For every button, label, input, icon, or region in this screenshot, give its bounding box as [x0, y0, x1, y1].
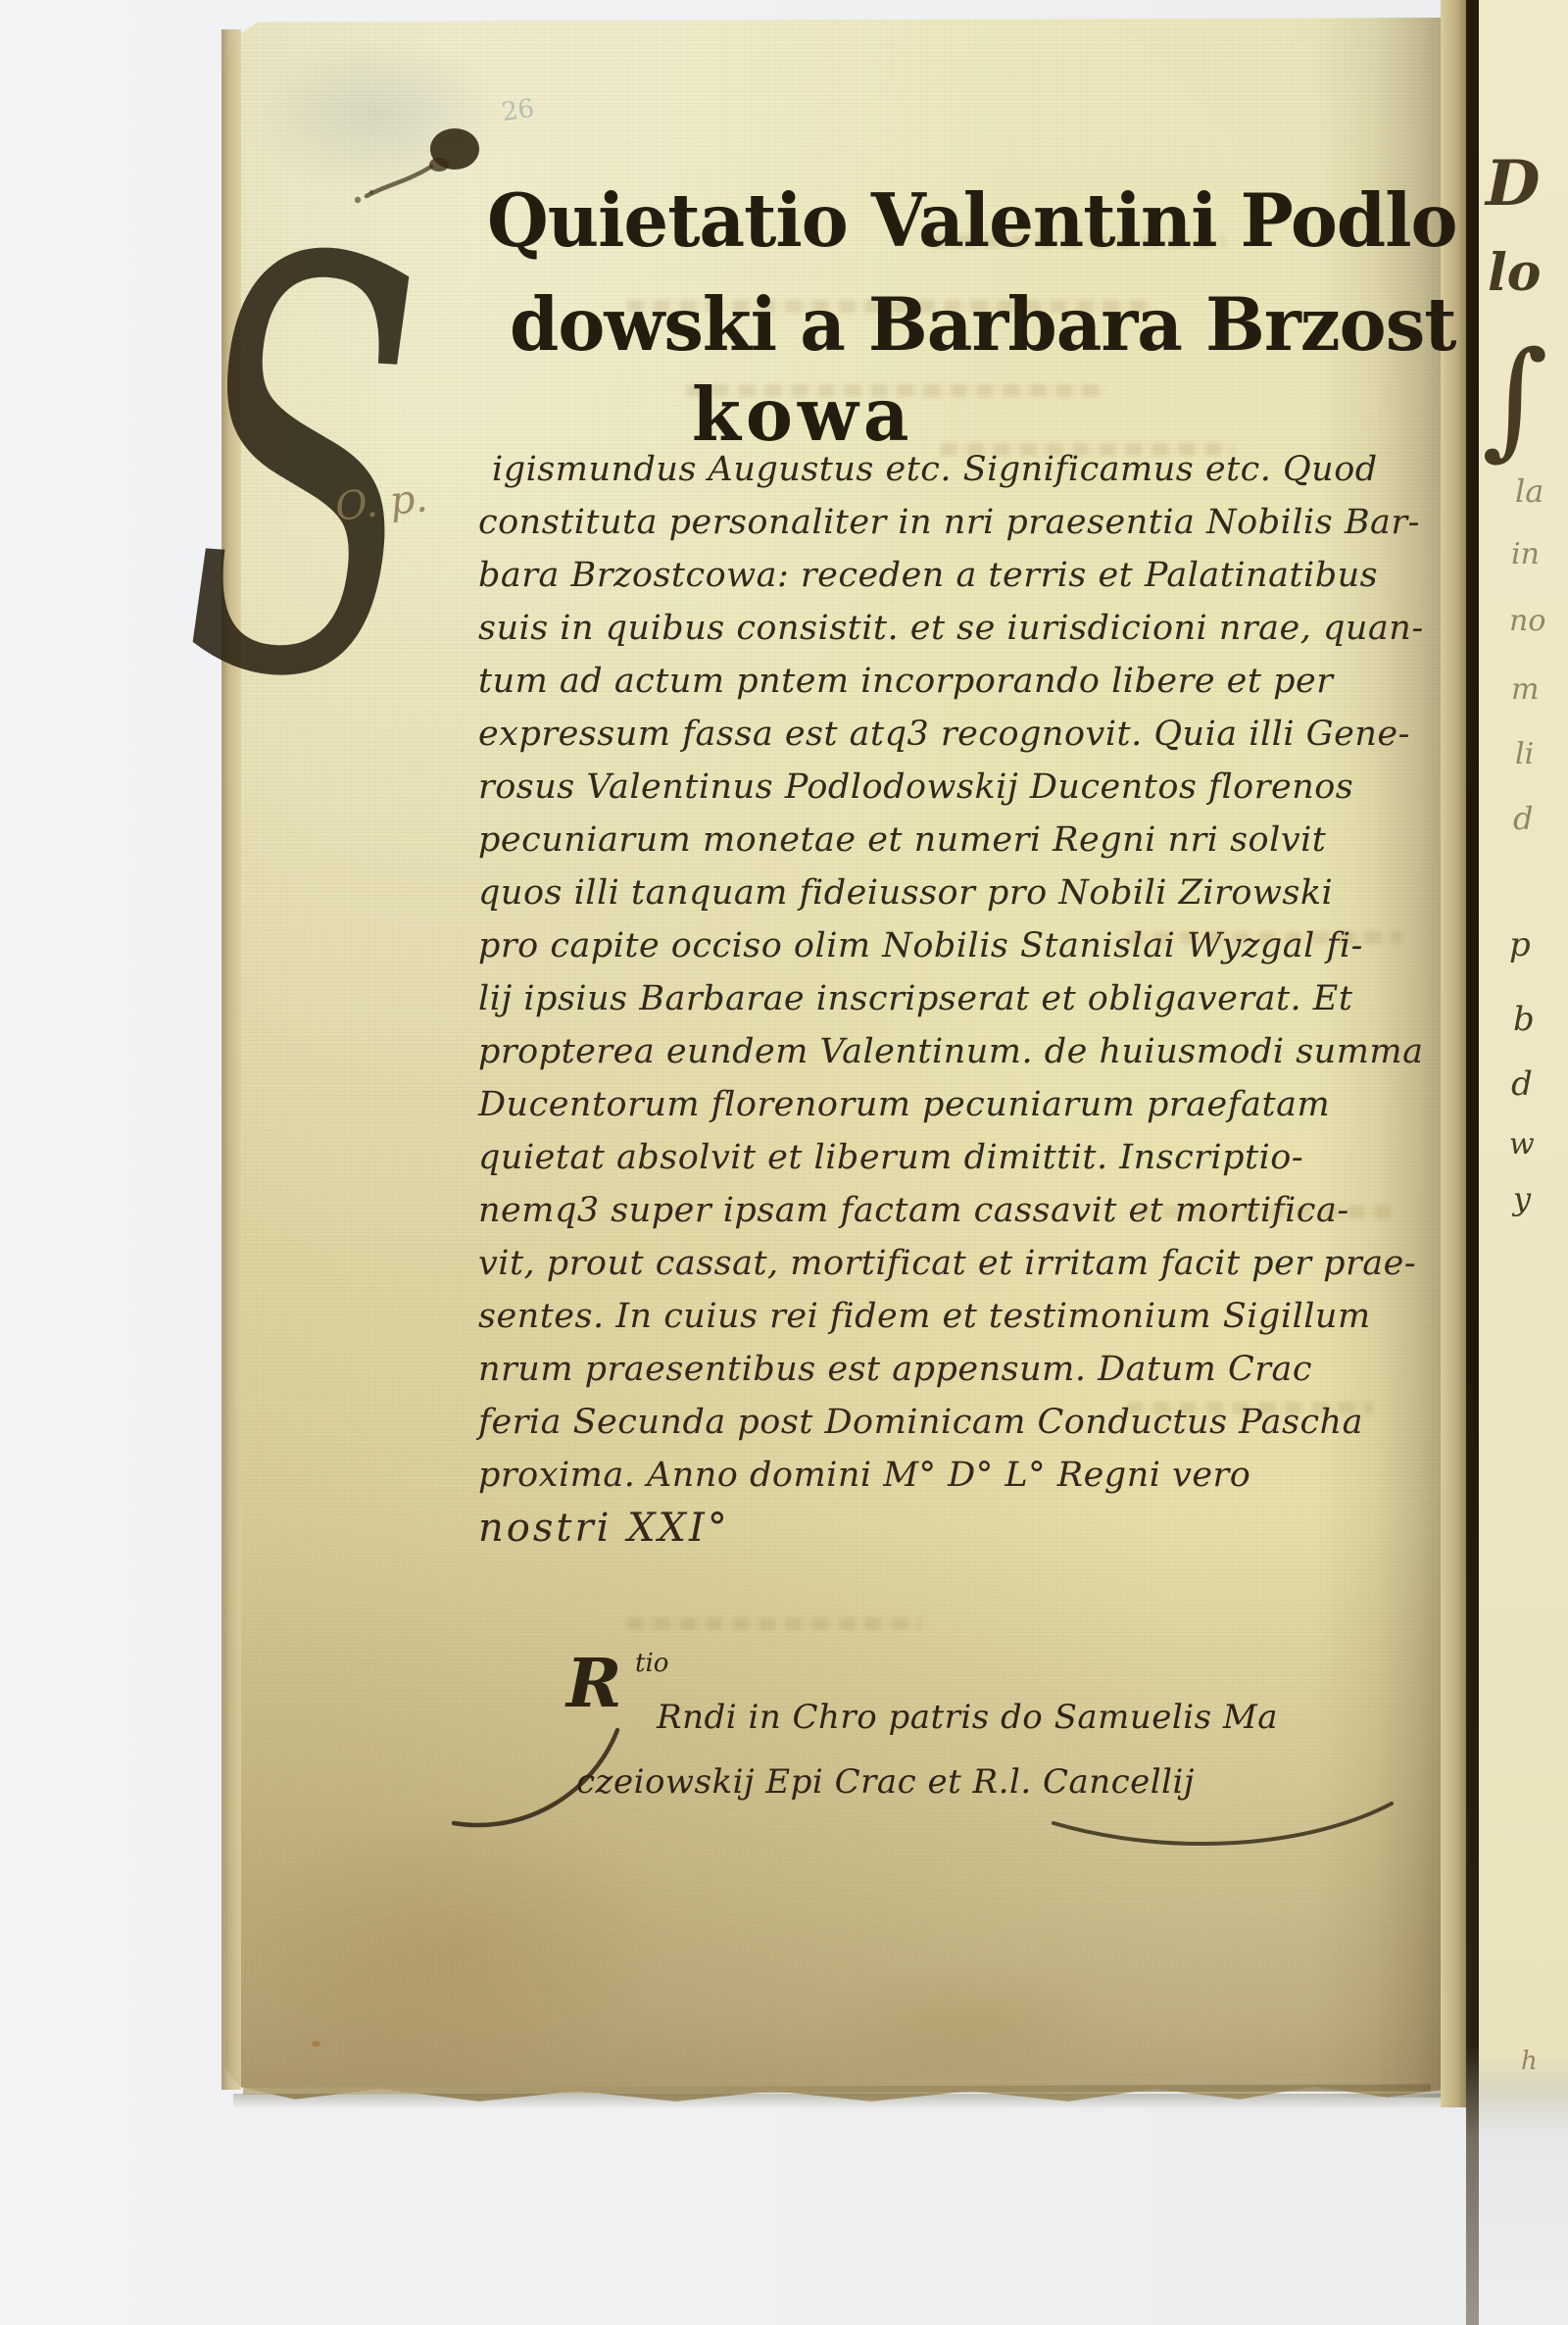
facing-glyph: in [1511, 537, 1540, 571]
body-line: quietat absolvit et liberum dimittit. In… [478, 1131, 1439, 1184]
page-title-line-1: Quietatio Valentini Podlo [487, 176, 1457, 263]
body-line: quos illi tanquam fideiussor pro Nobili … [478, 866, 1439, 919]
body-line: bara Brzostcowa: receden a terris et Pal… [478, 549, 1439, 602]
facing-glyph: no [1509, 604, 1545, 638]
facing-glyph: D [1486, 147, 1541, 221]
stain [813, 1960, 1127, 2088]
body-line: rosus Valentinus Podlodowskij Ducentos f… [478, 761, 1439, 814]
body-line: vit, prout cassat, mortificat et irritam… [478, 1237, 1439, 1290]
page-shadow [233, 2094, 1443, 2109]
body-line: pecuniarum monetae et numeri Regni nri s… [478, 814, 1439, 866]
body-line: Ducentorum florenorum pecuniarum praefat… [478, 1078, 1439, 1131]
body-text: igismundus Augustus etc. Significamus et… [478, 443, 1439, 1555]
page-title-line-2: dowski a Barbara Brzost [510, 280, 1456, 367]
facing-glyph: w [1509, 1127, 1535, 1162]
facing-glyph: d [1511, 1064, 1533, 1104]
body-line: tum ad actum pntem incorporando libere e… [478, 655, 1439, 708]
bleedthrough-streak [627, 1617, 921, 1630]
initial-inscription: O. p. [333, 475, 429, 530]
initial-s: S [181, 204, 425, 740]
body-line: expressum fassa est atq3 recognovit. Qui… [478, 708, 1439, 761]
body-line: proxima. Anno domini M° D° L° Regni vero [478, 1449, 1439, 1502]
facing-glyph: d [1513, 800, 1533, 837]
facing-glyph: m [1511, 672, 1539, 707]
body-line: nrum praesentibus est appensum. Datum Cr… [478, 1343, 1439, 1396]
pencil-folio-mark: 26 [500, 94, 536, 127]
body-line: feria Secunda post Dominicam Conductus P… [478, 1396, 1439, 1449]
facing-glyph: lo [1488, 243, 1541, 303]
body-line: nostri XXI° [478, 1502, 1439, 1555]
body-line: propterea eundem Valentinum. de huiusmod… [478, 1025, 1439, 1078]
body-line: pro capite occiso olim Nobilis Stanislai… [478, 919, 1439, 972]
facing-glyph: h [1521, 2047, 1538, 2076]
facing-glyph: y [1513, 1180, 1531, 1217]
facing-glyph: li [1515, 737, 1534, 771]
relatio-initial: R [566, 1645, 622, 1723]
body-line: suis in quibus consistit. et se iurisdic… [478, 602, 1439, 655]
facing-glyph: p [1509, 925, 1531, 965]
book-spine [1466, 0, 1479, 2325]
facing-glyph: b [1513, 1000, 1535, 1039]
body-line: nemq3 super ipsam factam cassavit et mor… [478, 1184, 1439, 1237]
facing-glyph: la [1515, 472, 1543, 510]
relatio-superscript: tio [635, 1649, 668, 1678]
body-line: lij ipsius Barbarae inscripserat et obli… [478, 972, 1439, 1025]
relatio-flourish [446, 1725, 1436, 1872]
body-line: sentes. In cuius rei fidem et testimoniu… [478, 1290, 1439, 1343]
manuscript-scan: 26 Quietatio Valentini Podlo dowski a Ba… [0, 0, 1568, 2325]
facing-glyph: ∫ [1482, 323, 1548, 472]
body-line: constituta personaliter in nri praesenti… [478, 496, 1439, 549]
rust-spot [312, 2041, 320, 2047]
body-line: igismundus Augustus etc. Significamus et… [478, 443, 1439, 496]
